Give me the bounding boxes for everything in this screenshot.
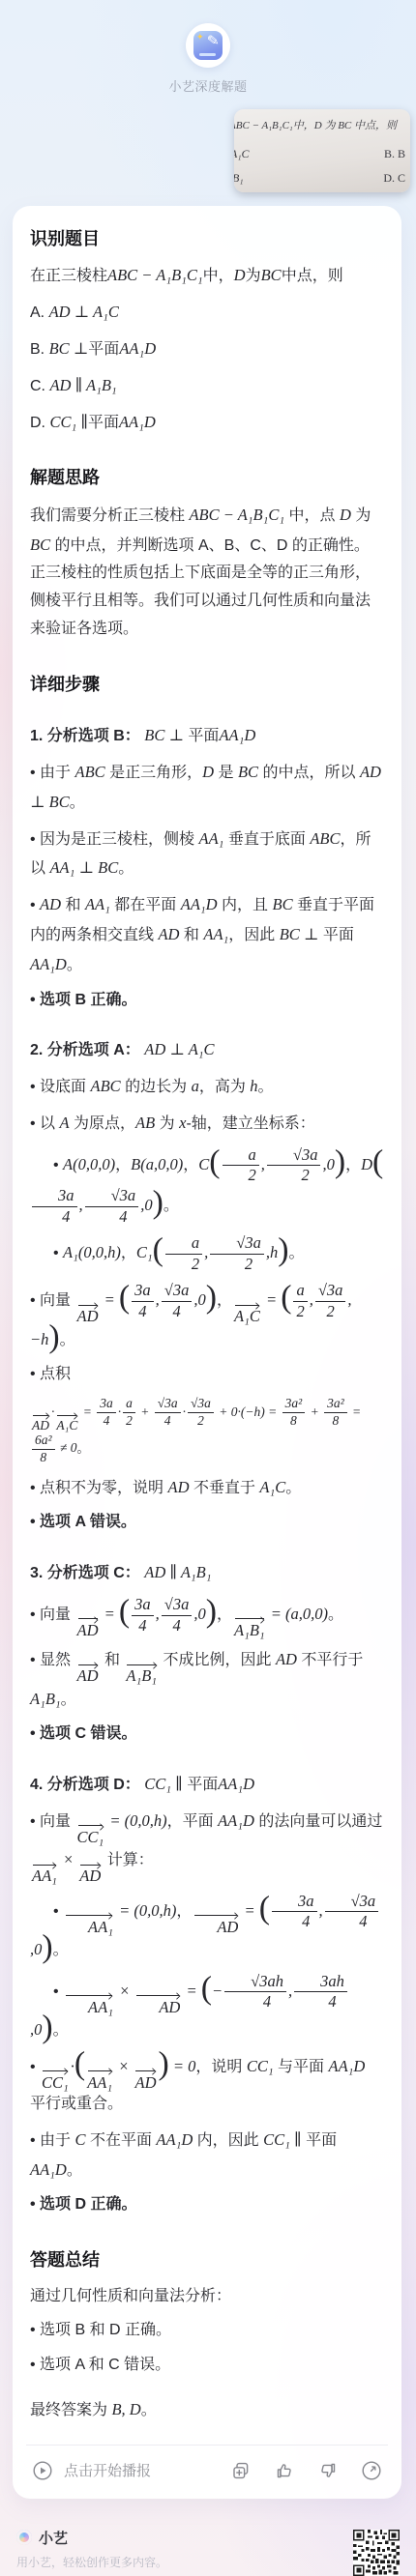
solution-line: A. AD ⊥ A₁C xyxy=(30,298,384,328)
solution-blocks: 识别题目在正三棱柱ABC − A₁B₁C₁中，D为BC中点，则A. AD ⊥ A… xyxy=(30,223,384,2425)
footer-brand-block: 小艺 用小艺，轻松创作更多内容。 xyxy=(16,2528,353,2570)
section-heading: 详细步骤 xyxy=(30,669,384,700)
section-heading: 答题总结 xyxy=(30,2244,384,2275)
solution-line: • A(0,0,0)，B(a,0,0)，C(a2,√3a2,0)，D(3a4,√… xyxy=(30,1145,384,1228)
solution-line: • 向量 AD = (3a4,√3a4,0)，A₁C = (a2,√3a2,−h… xyxy=(30,1281,384,1354)
solution-line: • 选项 A 和 C 错误。 xyxy=(30,2352,384,2380)
play-button[interactable]: 点击开始播报 xyxy=(32,2460,151,2481)
header: ✦ ✎ 小艺深度解题 xyxy=(0,0,416,95)
solution-line: • 设底面 ABC 的边长为 a，高为 h。 xyxy=(30,1072,384,1102)
solution-line: • A₁(0,0,h)，C₁(a2,√3a2,h)。 xyxy=(30,1233,384,1274)
playback-bar: 点击开始播报 xyxy=(30,2446,384,2489)
pencil-icon: ✎ xyxy=(207,33,221,48)
solution-line: • 显然 AD 和 A₁B₁ 不成比例，因此 AD 不平行于 A₁B₁。 xyxy=(30,1645,384,1714)
solution-line: • 以 A 为原点，AB 为 x-轴，建立坐标系： xyxy=(30,1109,384,1139)
chat-share-page: ✦ ✎ 小艺深度解题 ABC − A₁B₁C₁中，D 为 BC 中点，则 A₁C… xyxy=(0,0,416,2576)
assistant-avatar: ✦ ✎ xyxy=(186,23,230,68)
photo-text-line1: ABC − A₁B₁C₁中，D 为 BC 中点，则 xyxy=(234,117,397,132)
brand-tagline: 用小艺，轻松创作更多内容。 xyxy=(16,2554,353,2570)
underline-bar xyxy=(199,53,216,56)
thumbs-up-button[interactable] xyxy=(274,2460,295,2481)
solution-line: • 由于 ABC 是正三角形，D 是 BC 的中点，所以 AD ⊥ BC。 xyxy=(30,758,384,818)
solution-line: B. BC ⊥平面AA₁D xyxy=(30,334,384,364)
thumbs-up-icon xyxy=(274,2460,295,2481)
play-icon xyxy=(32,2460,53,2481)
photo-text-line2-right: B. B xyxy=(384,147,405,161)
problem-photo[interactable]: ABC − A₁B₁C₁中，D 为 BC 中点，则 A₁C B. B B₁ D.… xyxy=(234,109,410,192)
solution-card: 识别题目在正三棱柱ABC − A₁B₁C₁中，D为BC中点，则A. AD ⊥ A… xyxy=(13,206,401,2499)
solution-line: 最终答案为 B, D。 xyxy=(30,2395,384,2425)
copy-button[interactable] xyxy=(230,2460,252,2481)
footer: 小艺 用小艺，轻松创作更多内容。 xyxy=(16,2528,400,2576)
playback-label: 点击开始播报 xyxy=(64,2460,151,2480)
solution-line: • 由于 C 不在平面 AA₁D 内，因此 CC₁ ∥ 平面AA₁D。 xyxy=(30,2126,384,2185)
solution-line: 4. 分析选项 D： CC₁ ∥ 平面AA₁D xyxy=(30,1770,384,1800)
solution-line: • 选项 B 正确。 xyxy=(30,987,384,1015)
solution-line: • 向量 CC₁ = (0,0,h)，平面 AA₁D 的法向量可以通过 AA₁ … xyxy=(30,1807,384,1885)
qr-code xyxy=(353,2530,400,2576)
solution-line: 3. 分析选项 C： AD ∥ A₁B₁ xyxy=(30,1558,384,1588)
solution-line: 我们需要分析正三棱柱 ABC − A₁B₁C₁ 中，点 D 为 BC 的中点，并… xyxy=(30,501,384,644)
solution-line: • 点积 xyxy=(30,1361,384,1389)
solution-line: • AA₁ × AD = (−√3ah4,3ah4,0)。 xyxy=(30,1972,384,2045)
photo-text-line2-left: A₁C xyxy=(234,147,250,161)
section-heading: 解题思路 xyxy=(30,462,384,493)
solution-line: • AD 和 AA₁ 都在平面 AA₁D 内，且 BC 垂直于平面内的两条相交直… xyxy=(30,890,384,979)
solution-line: C. AD ∥ A₁B₁ xyxy=(30,371,384,401)
solution-line: D. CC₁ ∥平面AA₁D xyxy=(30,408,384,438)
solution-line: • AA₁ = (0,0,h)，AD = (3a4,√3a4,0)。 xyxy=(30,1892,384,1965)
deep-solve-icon: ✦ ✎ xyxy=(193,31,223,60)
thumbs-down-icon xyxy=(317,2460,339,2481)
solution-line: • 选项 D 正确。 xyxy=(30,2191,384,2219)
feature-title: 小艺深度解题 xyxy=(0,76,416,95)
copy-icon xyxy=(230,2460,252,2481)
solution-line: • 选项 C 错误。 xyxy=(30,1721,384,1749)
regenerate-icon xyxy=(361,2460,382,2481)
solution-line: • 因为是正三棱柱，侧棱 AA₁ 垂直于底面 ABC，所以 AA₁ ⊥ BC。 xyxy=(30,825,384,884)
solution-line: 在正三棱柱ABC − A₁B₁C₁中，D为BC中点，则 xyxy=(30,261,384,291)
solution-line: 通过几何性质和向量法分析： xyxy=(30,2283,384,2311)
solution-line: 1. 分析选项 B： BC ⊥ 平面AA₁D xyxy=(30,721,384,751)
regenerate-button[interactable] xyxy=(361,2460,382,2481)
solution-line: 2. 分析选项 A： AD ⊥ A₁C xyxy=(30,1035,384,1065)
solution-line: • 向量 AD = (3a4,√3a4,0)，A₁B₁ = (a,0,0)。 xyxy=(30,1595,384,1638)
brand-name: 小艺 xyxy=(39,2528,68,2548)
photo-text-line3-left: B₁ xyxy=(234,171,244,186)
solution-line: AD·A₁C = 3a4·a2 + √3a4·√3a2 + 0·(−h) = 3… xyxy=(30,1396,384,1465)
message-actions xyxy=(230,2460,382,2481)
section-heading: 识别题目 xyxy=(30,223,384,254)
solution-line: • 选项 A 错误。 xyxy=(30,1509,384,1537)
thumbs-down-button[interactable] xyxy=(317,2460,339,2481)
solution-line: • 选项 B 和 D 正确。 xyxy=(30,2317,384,2345)
sparkle-icon: ✦ xyxy=(196,33,204,42)
photo-text-line3-right: D. C xyxy=(383,171,405,186)
solution-line: • CC₁·(AA₁ × AD) = 0，说明 CC₁ 与平面 AA₁D 平行或… xyxy=(30,2052,384,2119)
solution-line: • 点积不为零，说明 AD 不垂直于 A₁C。 xyxy=(30,1473,384,1503)
xiaoyi-logo-icon xyxy=(16,2530,32,2545)
attachment-row: ABC − A₁B₁C₁中，D 为 BC 中点，则 A₁C B. B B₁ D.… xyxy=(0,95,416,192)
